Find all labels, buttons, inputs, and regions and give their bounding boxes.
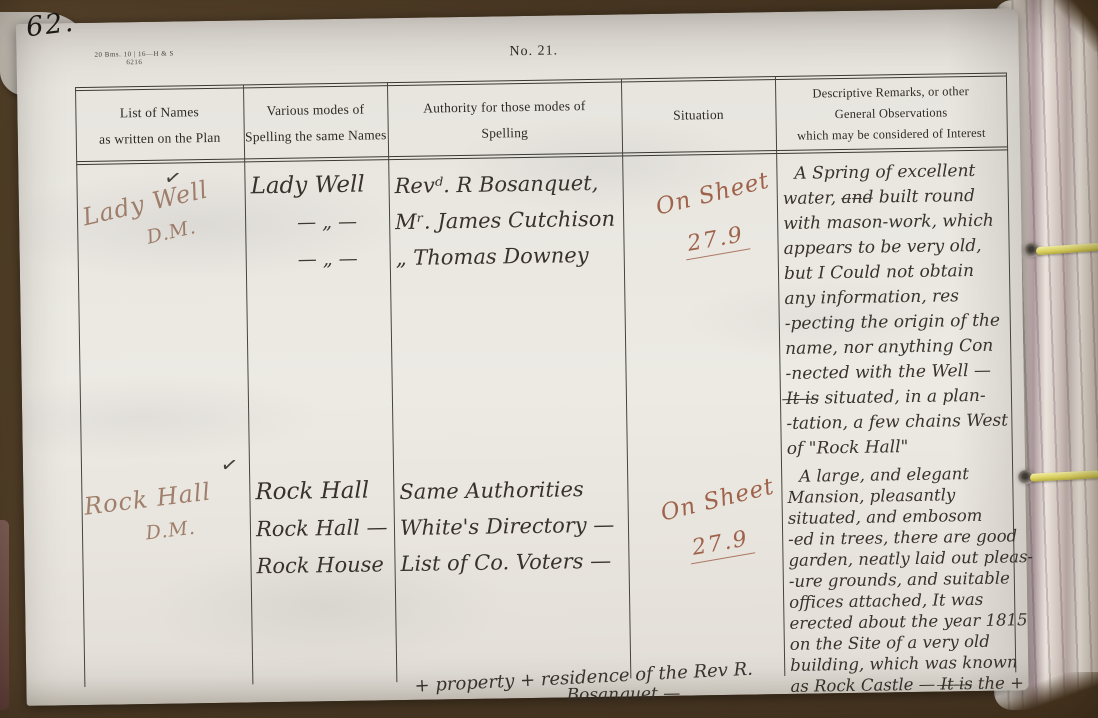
handwriting-line: name, nor anything Con xyxy=(785,333,1013,362)
name-book-table: List of Namesas written on the Plan Vari… xyxy=(75,72,1016,687)
header-line: as written on the Plan xyxy=(76,124,244,153)
header-authority: Authority for those modes ofSpelling xyxy=(387,93,622,149)
page-number: 62. xyxy=(24,7,76,44)
row2-remarks-cell: A large, and elegantMansion, pleasantlys… xyxy=(787,462,1019,697)
handwriting-line: -tation, a few chains West xyxy=(786,408,1014,437)
handwriting-line: Lady Well xyxy=(250,167,365,206)
register-page: 62. 20 Bms. 10 | 16—H & S 6216 No. 21. L… xyxy=(16,8,1029,706)
form-stamp-line: 6216 xyxy=(95,58,175,67)
row2-authority-cell: Same AuthoritiesWhite's Directory —List … xyxy=(399,471,615,582)
row1-situation-sheet: On Sheet xyxy=(653,168,772,221)
handwriting-line: Revᵈ. R Bosanquet, xyxy=(394,165,614,204)
handwriting-line: -pecting the origin of the xyxy=(785,308,1013,337)
row1-remarks-cell: A Spring of excellentwater, a̶n̶d̶ built… xyxy=(782,158,1015,462)
handwriting-line: appears to be very old, xyxy=(783,233,1011,262)
row2-name-cell: Rock HallD.M. xyxy=(82,475,217,558)
handwriting-line: „ Thomas Downey xyxy=(395,237,615,276)
form-number: No. 21. xyxy=(509,43,558,60)
row1-authority-cell: Revᵈ. R Bosanquet,Mʳ. James Cutchison„ T… xyxy=(394,165,616,276)
handwriting-line: water, a̶n̶d̶ built round xyxy=(783,183,1011,212)
header-line: Spelling xyxy=(388,118,622,148)
header-line: Spelling the same Names xyxy=(236,122,396,151)
table-border-vertical xyxy=(75,87,85,687)
handwriting-line: Same Authorities xyxy=(399,471,614,510)
row1-situation-number: 27.9 xyxy=(682,222,751,261)
header-remarks: Descriptive Remarks, or otherGeneral Obs… xyxy=(775,80,1007,147)
form-stamp: 20 Bms. 10 | 16—H & S 6216 xyxy=(94,50,174,67)
row1-name-cell: Lady WellD.M. xyxy=(79,172,219,267)
handwriting-line: Rock House xyxy=(256,546,388,585)
row2-situation-sheet: On Sheet xyxy=(658,473,777,526)
row1-spelling-cell: Lady Well— „ —— „ — xyxy=(250,167,366,280)
handwriting-line: Rock Hall — xyxy=(256,509,388,548)
handwriting-line: -nected with the Well — xyxy=(785,358,1013,387)
table-border-vertical xyxy=(621,78,631,678)
photo-of-register-page: 62. 20 Bms. 10 | 16—H & S 6216 No. 21. L… xyxy=(0,0,1098,718)
header-line: List of Names xyxy=(75,98,243,127)
handwriting-line: as Rock Castle — I̶t̶ ̶i̶s̶ the + xyxy=(790,672,1018,697)
handwriting-line: of "Rock Hall" xyxy=(787,433,1015,462)
handwriting-line: Mʳ. James Cutchison xyxy=(395,201,615,240)
handwriting-line: White's Directory — xyxy=(400,507,615,546)
header-situation: Situation xyxy=(621,106,775,124)
header-line: Authority for those modes of xyxy=(387,93,621,123)
desk-corner-top-right xyxy=(1054,0,1098,52)
handwriting-line: — „ — xyxy=(251,204,366,243)
handwriting-line: any information, res xyxy=(784,283,1012,312)
header-line: which may be considered of Interest xyxy=(776,122,1007,147)
handwriting-line: List of Co. Voters — xyxy=(400,543,615,582)
handwriting-line: I̶t̶ ̶i̶s̶ situated, in a plan- xyxy=(786,383,1014,412)
handwriting-line: — „ — xyxy=(251,241,366,280)
header-line: Various modes of xyxy=(235,96,395,125)
row2-spelling-cell: Rock HallRock Hall —Rock House xyxy=(255,472,388,585)
handwriting-line: Rock Hall xyxy=(255,472,387,511)
footnote-line2: Bosanquet — xyxy=(566,684,680,706)
handwriting-line: A Spring of excellent xyxy=(782,158,1010,187)
header-various-modes: Various modes ofSpelling the same Names xyxy=(235,96,396,151)
page-edge-left xyxy=(0,520,9,710)
handwriting-line: but I Could not obtain xyxy=(784,258,1012,287)
row2-situation-number: 27.9 xyxy=(686,526,755,565)
checkmark-icon: ✓ xyxy=(219,451,240,479)
handwriting-line: with mason-work, which xyxy=(783,208,1011,237)
header-list-of-names: List of Namesas written on the Plan xyxy=(75,98,244,153)
